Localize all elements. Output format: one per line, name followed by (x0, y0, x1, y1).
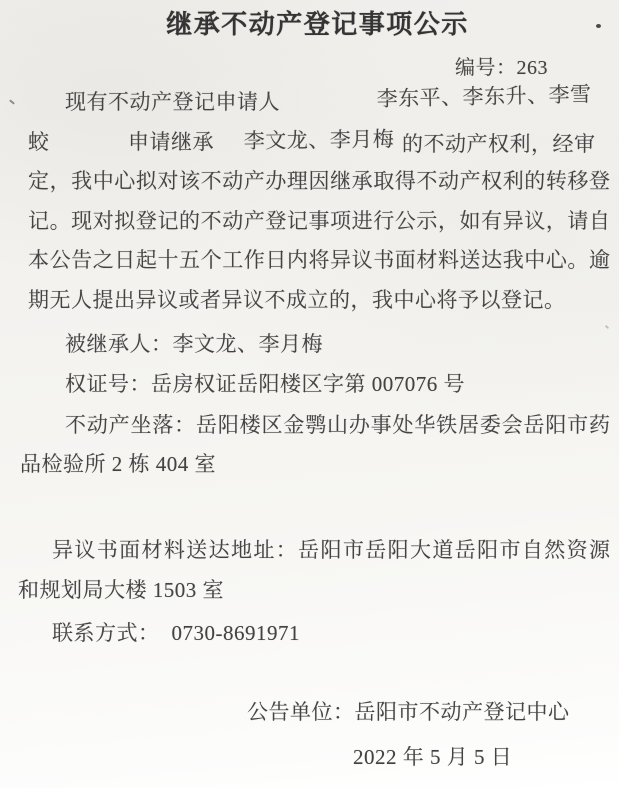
field-objection-value-1: 岳阳市岳阳大道岳阳市自然资源 (298, 538, 610, 562)
field-decedent: 被继承人：李文龙、李月梅 (65, 329, 323, 359)
scan-fleck-right (605, 325, 609, 329)
body-line-1-prefix: 现有不动产登记申请人 (65, 87, 280, 117)
field-cert-label: 权证号： (65, 372, 151, 396)
field-cert-number: 权证号：岳房权证岳阳楼区字第 007076 号 (65, 369, 465, 399)
field-cert-value: 岳房权证岳阳楼区字第 007076 号 (151, 372, 465, 396)
page-title: 继承不动产登记事项公示 (0, 4, 619, 41)
body-line-5: 本公告之日起十五个工作日内将异议书面材料送达我中心。逾 (28, 245, 610, 275)
field-location-label: 不动产坐落： (65, 413, 196, 437)
body-line-2-tail: 的不动产权利，经审 (402, 129, 596, 159)
field-decedent-value: 李文龙、李月梅 (173, 332, 324, 356)
decedent-names-inline-text: 李文龙、李月梅 (244, 124, 395, 156)
scan-fleck-left (9, 99, 15, 104)
scanned-notice-document: 继承不动产登记事项公示 编号：263 现有不动产登记申请人 李东平、李东升、李雪… (0, 0, 619, 788)
field-decedent-label: 被继承人： (65, 332, 173, 356)
field-objection-line-2: 和规划局大楼 1503 室 (18, 575, 224, 605)
doc-number-value: 263 (517, 57, 549, 79)
doc-number-label: 编号： (455, 57, 517, 79)
applicant-names: 李东平、李东升、李雪 (377, 84, 592, 114)
footer-issuer-value: 岳阳市不动产登记中心 (355, 700, 570, 724)
footer-issuer: 公告单位：岳阳市不动产登记中心 (247, 697, 570, 727)
apply-inherit-label: 申请继承 (128, 127, 214, 157)
body-line-4: 记。现对拟登记的不动产登记事项进行公示，如有异议，请自 (28, 206, 610, 236)
field-contact-value: 0730-8691971 (172, 621, 301, 645)
body-line-6: 期无人提出异议或者异议不成立的，我中心将予以登记。 (28, 285, 566, 315)
body-line-3: 定，我中心拟对该不动产办理因继承取得不动产权利的转移登 (28, 166, 610, 196)
field-location-line-1: 不动产坐落：岳阳楼区金鹗山办事处华铁居委会岳阳市药 (65, 410, 610, 440)
footer-issuer-label: 公告单位： (247, 700, 355, 724)
field-contact-label: 联系方式： (52, 621, 160, 645)
field-location-value-1: 岳阳楼区金鹗山办事处华铁居委会岳阳市药 (196, 413, 610, 437)
field-contact: 联系方式：0730-8691971 (52, 618, 300, 648)
applicant-name-overflow: 蛟 (28, 127, 50, 157)
field-objection-line-1: 异议书面材料送达地址：岳阳市岳阳大道岳阳市自然资源 (52, 535, 610, 565)
footer-date: 2022 年 5 月 5 日 (353, 742, 512, 772)
field-objection-label: 异议书面材料送达地址： (52, 538, 298, 562)
scan-ink-dot (596, 24, 601, 28)
doc-number-line: 编号：263 (455, 53, 548, 83)
decedent-names-inline: 李文龙、李月梅 (244, 126, 395, 156)
field-location-line-2: 品检验所 2 栋 404 室 (20, 449, 216, 479)
applicant-names-text: 李东平、李东升、李雪 (376, 79, 592, 114)
